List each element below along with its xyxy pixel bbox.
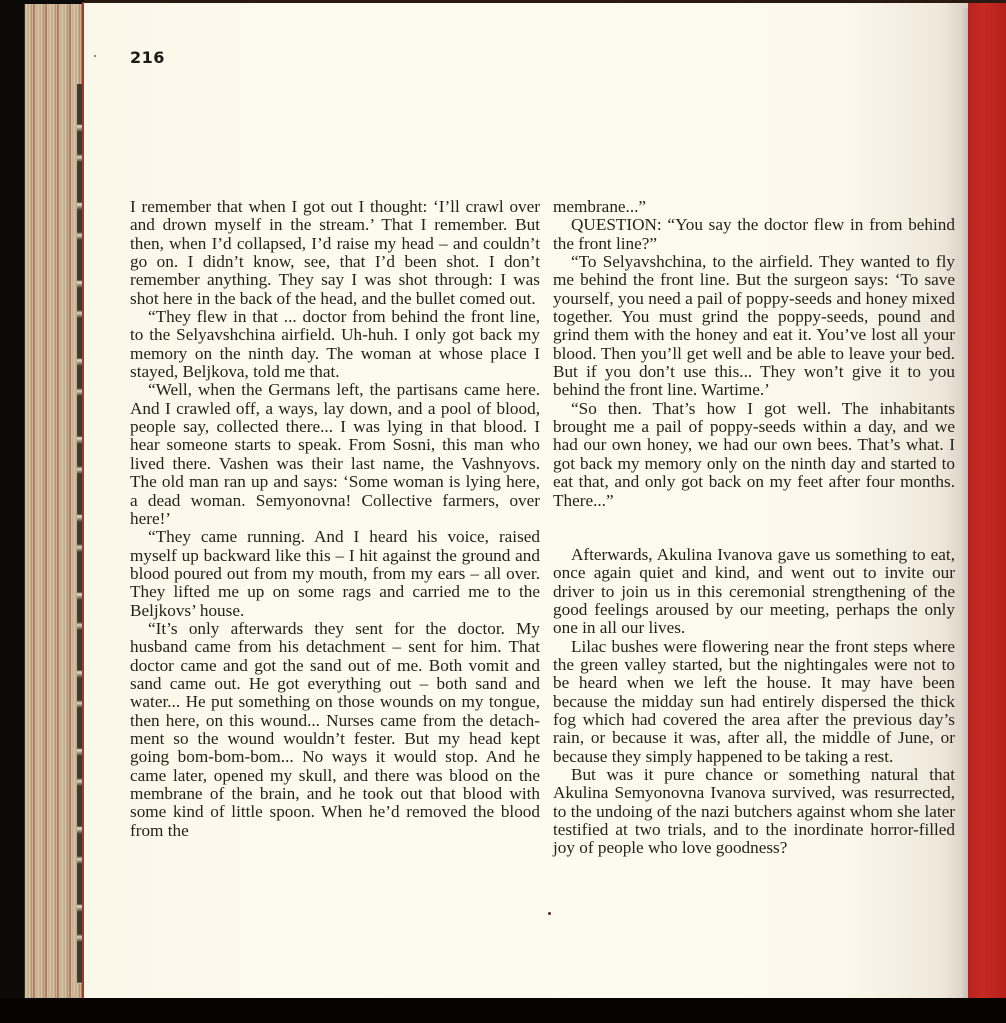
paragraph-narrative: But was it pure chance or something natu…	[553, 766, 955, 858]
left-text-column: I remember that when I got out I thought…	[130, 198, 540, 840]
paragraph: “To Selyavshchina, to the airfield. They…	[553, 253, 955, 400]
top-shadow-strip	[84, 0, 1006, 3]
book-cover-red	[968, 0, 1006, 1002]
paragraph-narrative: Lilac bushes were flowering near the fro…	[553, 638, 955, 766]
paragraph: “They came running. And I heard his voic…	[130, 528, 540, 620]
paragraph: “Well, when the Germans left, the partis…	[130, 381, 540, 528]
right-text-column: membrane...” QUESTION: “You say the doct…	[553, 198, 955, 858]
paragraph: I remember that when I got out I thought…	[130, 198, 540, 308]
paragraph: “They flew in that ... doctor from behin…	[130, 308, 540, 381]
page-stack-edges	[24, 4, 85, 1002]
paragraph: “It’s only afterwards they sent for the …	[130, 620, 540, 840]
paragraph: membrane...”	[553, 198, 955, 216]
paragraph: “So then. That’s how I got well. The inh…	[553, 400, 955, 510]
page-number: 216	[130, 48, 165, 67]
paragraph-question: QUESTION: “You say the doctor flew in fr…	[553, 216, 955, 253]
print-speck	[94, 55, 96, 57]
margin-mark	[548, 912, 551, 915]
paragraph-narrative: Afterwards, Akulina Ivanova gave us some…	[553, 546, 955, 638]
bottom-shadow	[0, 998, 1006, 1023]
